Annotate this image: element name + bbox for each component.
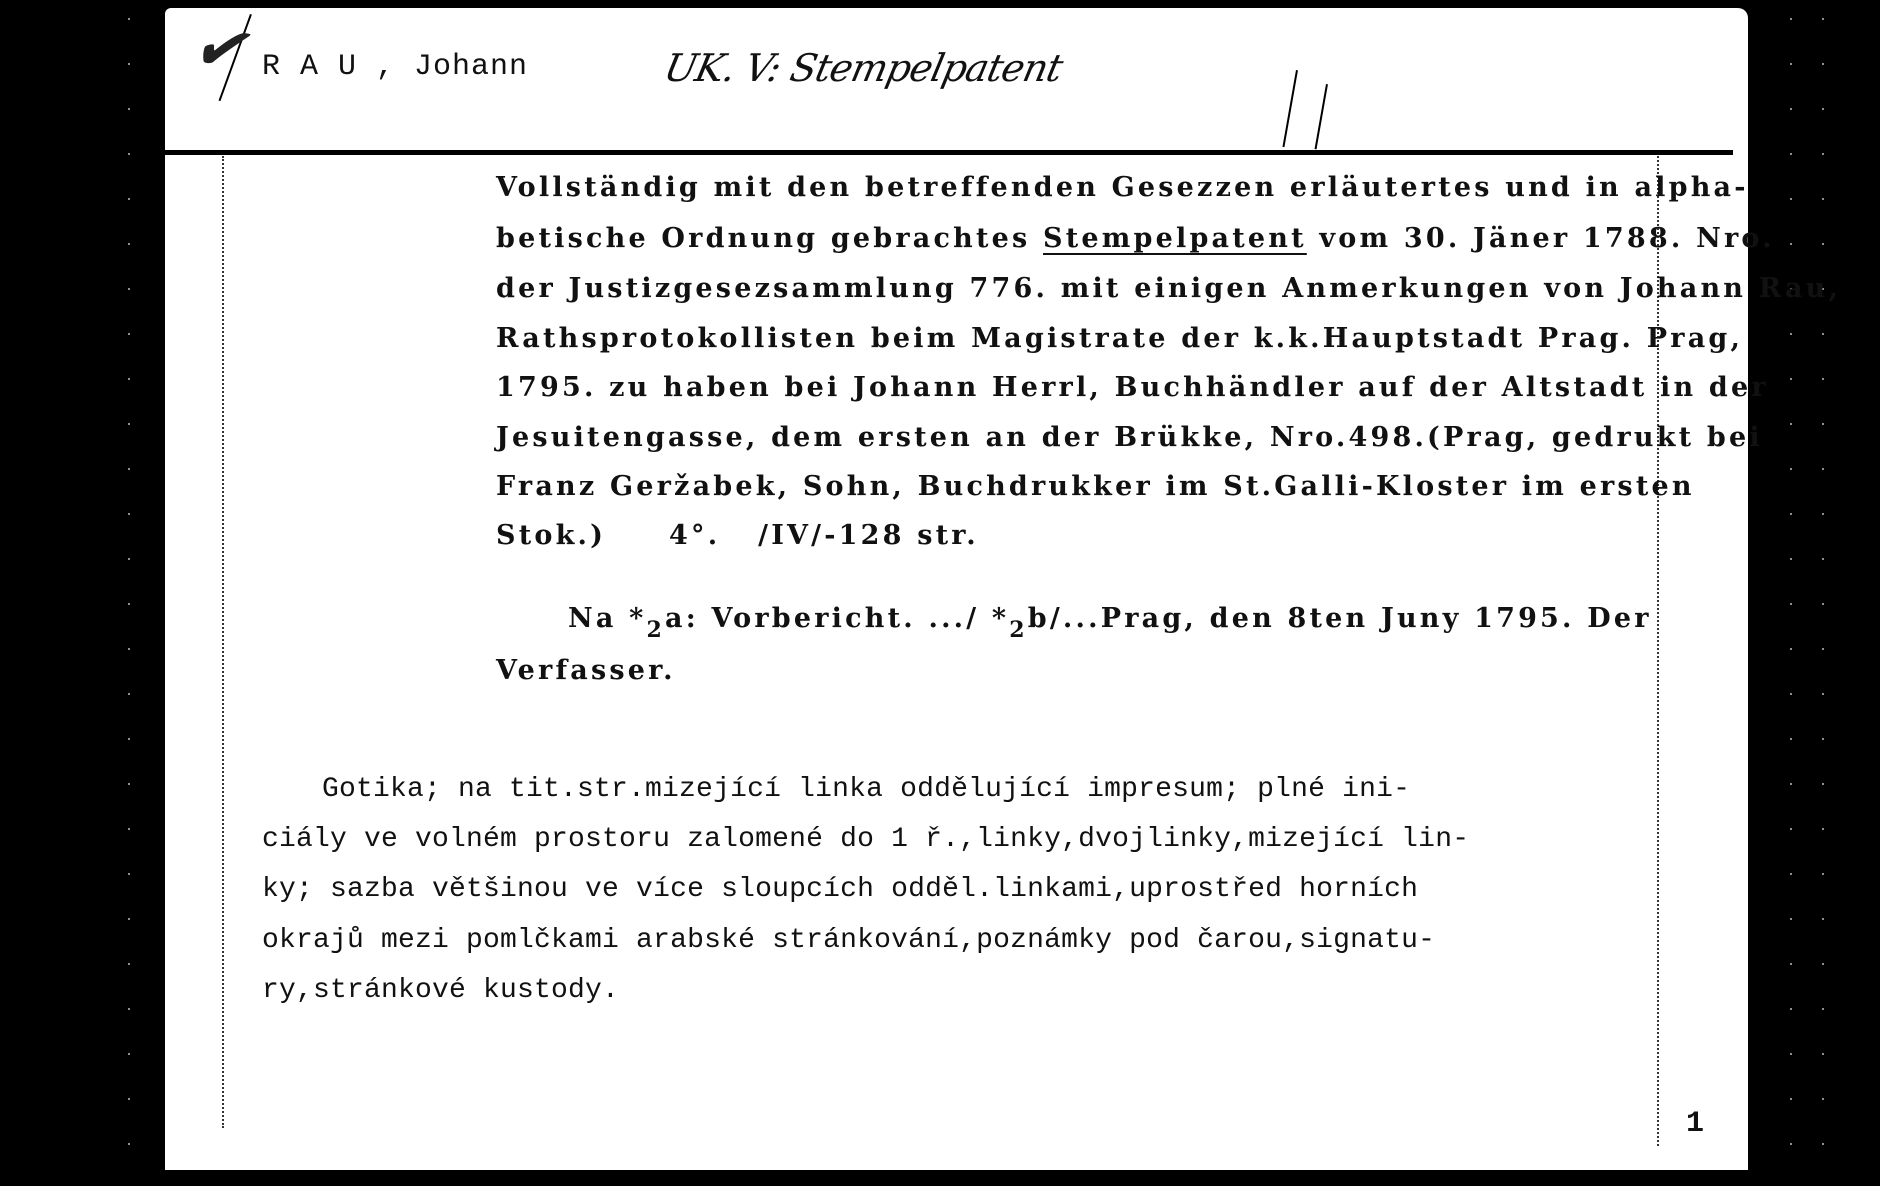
entry-line: Jesuitengasse, dem ersten an der Brükke,… [496,423,1763,453]
preface-note: Na *2a: Vorbericht. .../ *2b/...Prag, de… [568,604,1652,645]
signature-subscript: 2 [647,617,666,643]
entry-line: betische Ordnung gebrachtes Stempelpaten… [496,224,1775,254]
preface-text: Na * [568,603,647,634]
header-divider [165,150,1733,155]
description-line: okrajů mezi pomlčkami arabské stránkován… [262,925,1435,956]
description-line: ky; sazba většinou ve více sloupcích odd… [262,874,1418,905]
description-line: ry,stránkové kustody. [262,975,619,1006]
entry-line: Stok.) 4°. /IV/-128 str. [496,521,979,551]
entry-text: vom 30. Jäner 1788. Nro. [1307,223,1775,254]
right-margin-line [1657,156,1659,1146]
scan-artifact [128,0,130,1186]
left-margin-line [222,156,224,1128]
preface-note-line: Verfasser. [496,656,676,686]
bibliographic-entry: Vollständig mit den betreffenden Gesezze… [248,0,273,360]
entry-line: Vollständig mit den betreffenden Gesezze… [496,173,1749,203]
preface-text: Vorbericht. .../ * [699,603,1009,634]
description-line: Gotika; na tit.str.mizející linka oddělu… [322,774,1410,805]
preface-text: a: [665,603,699,634]
author-heading: R A U , Johann [262,50,528,84]
handwritten-shelf-note: UK. V: Stempelpatent [660,46,1066,90]
entry-line: der Justizgesezsammlung 776. mit einigen… [496,274,1841,304]
entry-text: betische Ordnung gebrachtes [496,223,1043,254]
page-number: 1 [1686,1107,1704,1141]
entry-line: Franz Geržabek, Sohn, Buchdrukker im St.… [496,472,1695,502]
underlined-title: Stempelpatent [1043,223,1307,254]
description-line: ciály ve volném prostoru zalomené do 1 ř… [262,824,1469,855]
check-mark-icon: ✔ [187,9,250,90]
scan-artifact [1790,0,1792,1186]
entry-line: 1795. zu haben bei Johann Herrl, Buchhän… [496,373,1769,403]
preface-text: b/...Prag, den 8ten Juny 1795. Der [1028,603,1652,634]
entry-line: Rathsprotokollisten beim Magistrate der … [496,324,1743,354]
scan-artifact [1822,0,1824,1186]
signature-subscript: 2 [1009,617,1028,643]
